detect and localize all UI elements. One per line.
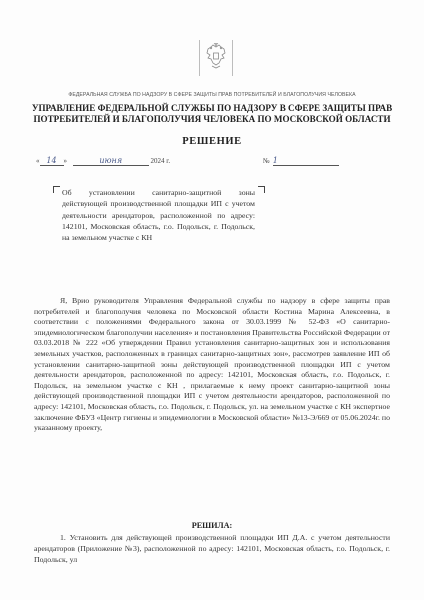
document-title: РЕШЕНИЕ [0,136,424,147]
number-label: № [263,157,270,165]
date-month-field: июня [73,156,149,166]
emblem-frame-left [199,40,200,76]
decided-heading: РЕШИЛА: [0,521,424,530]
number-field: 1 [273,156,339,166]
regional-office-title: УПРАВЛЕНИЕ ФЕДЕРАЛЬНОЙ СЛУЖБЫ ПО НАДЗОРУ… [0,103,424,125]
federal-service-name: ФЕДЕРАЛЬНАЯ СЛУЖБА ПО НАДЗОРУ В СФЕРЕ ЗА… [0,92,424,98]
date-month-handwritten: июня [99,156,122,165]
subject-bracket-left [53,186,60,193]
decision-item-1: 1. Установить для действующей производст… [34,532,390,565]
date-day-handwritten: 14 [46,156,56,165]
regional-office-title-line2: ПОТРЕБИТЕЛЕЙ И БЛАГОПОЛУЧИЯ ЧЕЛОВЕКА ПО … [0,114,424,125]
body-paragraph: Я, Врио руководителя Управления Федераль… [34,296,390,434]
date-close-quote: » [64,157,68,165]
coat-of-arms-emblem [199,40,233,78]
double-headed-eagle-icon [204,43,228,73]
document-body: Я, Врио руководителя Управления Федераль… [34,296,390,434]
date-year: 2024 г. [151,157,171,165]
number-handwritten: 1 [273,156,278,165]
emblem-frame-right [232,40,233,76]
document-subject: Об установлении санитарно-защитной зоны … [62,187,255,243]
document-number: №1 [263,156,339,166]
regional-office-title-line1: УПРАВЛЕНИЕ ФЕДЕРАЛЬНОЙ СЛУЖБЫ ПО НАДЗОРУ… [0,103,424,114]
date-day-field: 14 [40,156,64,166]
document-date: «14» июня 2024 г. [36,156,170,166]
subject-bracket-right [258,186,265,193]
decision-items: 1. Установить для действующей производст… [34,532,390,565]
document-page: ФЕДЕРАЛЬНАЯ СЛУЖБА ПО НАДЗОРУ В СФЕРЕ ЗА… [0,0,424,600]
